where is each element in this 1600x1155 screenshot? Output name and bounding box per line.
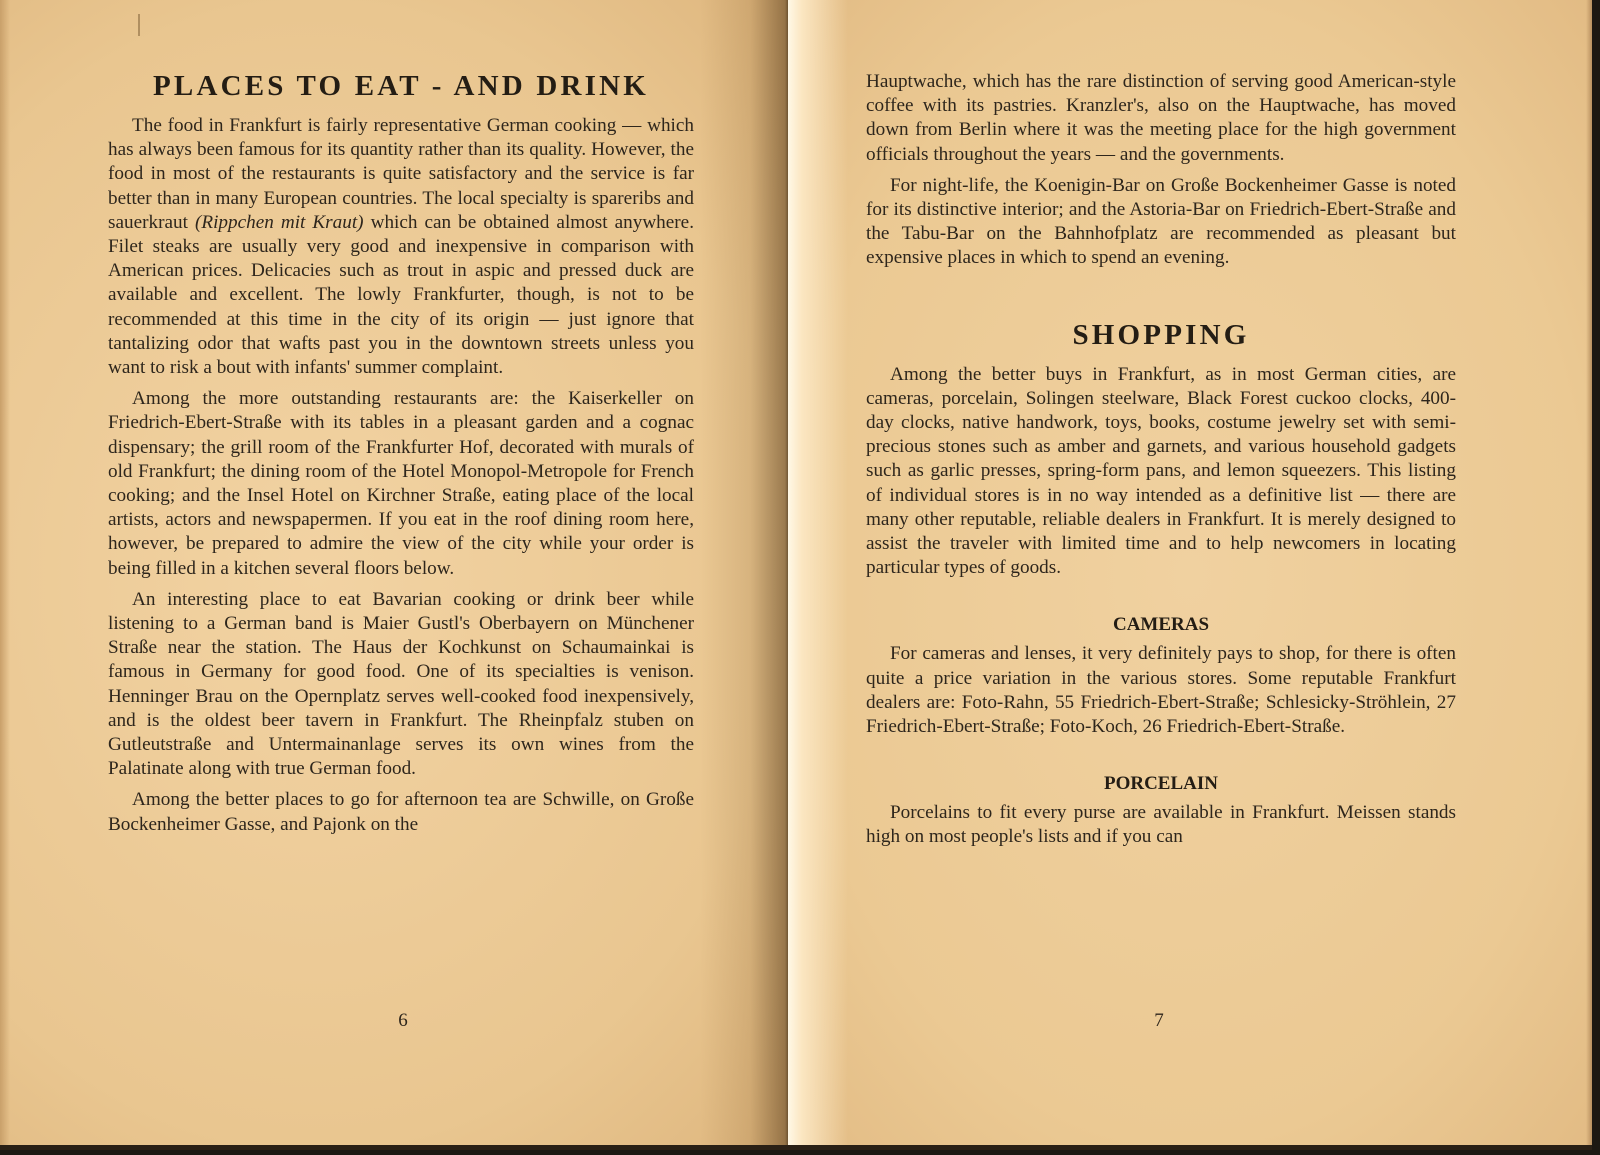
paragraph-porcelain: Porcelains to fit every purse are availa… [866,801,1456,849]
paragraph-text: which can be obtained almost anywhere. F… [108,212,694,378]
paragraph-cameras: For cameras and lenses, it very definite… [866,642,1456,739]
page-number-right: 7 [1139,1010,1179,1032]
paragraph-night-life: For night-life, the Koenigin-Bar on Groß… [866,174,1456,271]
left-page-content: PLACES TO EAT - AND DRINK The food in Fr… [108,64,694,844]
paragraph-outstanding-restaurants: Among the more outstanding restaurants a… [108,387,694,581]
paragraph-food-overview: The food in Frankfurt is fairly represen… [108,114,694,380]
italic-dish-name: (Rippchen mit Kraut) [195,212,364,233]
paragraph-afternoon-tea: Among the better places to go for aftern… [108,788,694,836]
page-number-left: 6 [383,1010,423,1032]
paragraph-shopping-intro: Among the better buys in Frankfurt, as i… [866,363,1456,581]
subheading-cameras: CAMERAS [866,614,1456,636]
page-bottom-edge [0,1145,1592,1150]
section-title-places-to-eat: PLACES TO EAT - AND DRINK [108,64,694,108]
left-page: PLACES TO EAT - AND DRINK The food in Fr… [0,0,788,1150]
book-spread: PLACES TO EAT - AND DRINK The food in Fr… [0,0,1592,1150]
section-title-shopping: SHOPPING [866,313,1456,357]
paragraph-hauptwache-continued: Hauptwache, which has the rare distincti… [866,70,1456,167]
right-page-content: Hauptwache, which has the rare distincti… [866,70,1456,857]
paper-mark [138,14,140,36]
subheading-porcelain: PORCELAIN [866,773,1456,795]
paragraph-bavarian-cooking: An interesting place to eat Bavarian coo… [108,588,694,782]
